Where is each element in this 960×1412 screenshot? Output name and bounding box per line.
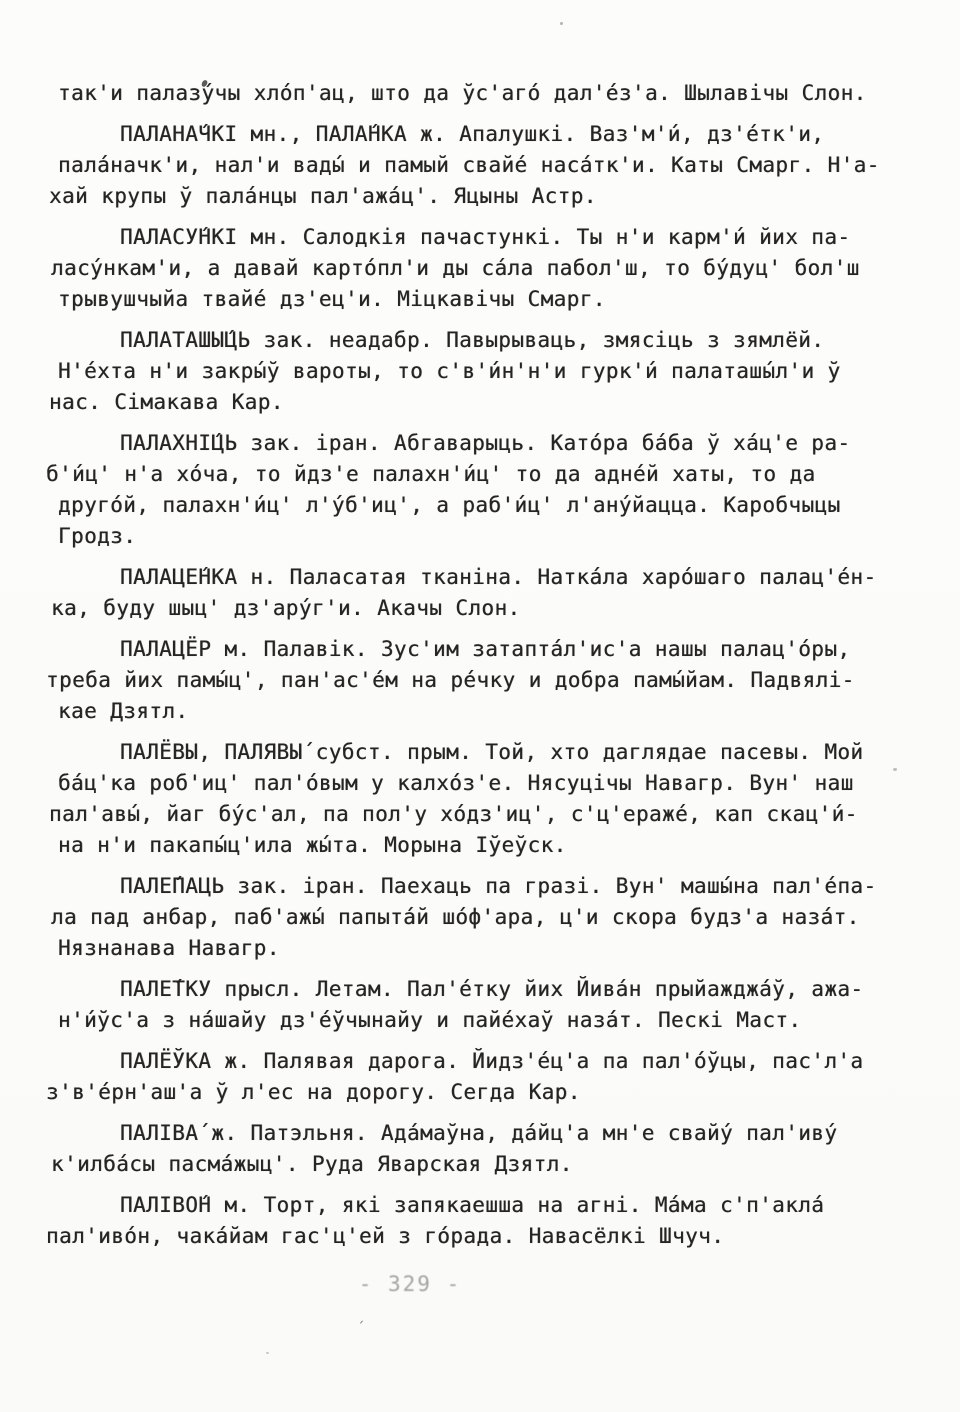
text-line: нас. Сімакава Кар. [49, 387, 910, 418]
text-line: так'и палазу́чы хло́п'ац, што да ўс'аго́… [58, 78, 910, 109]
text-line: ПАЛІВА́ ж. Патэльня. Ада́маўна, да́йц'а … [58, 1118, 910, 1149]
dictionary-entry: ПАЛЕ́ПАЦЬ зак. іран. Паехаць па гразі. В… [58, 871, 910, 964]
scanned-dictionary-page: так'и палазу́чы хло́п'ац, што да ўс'аго́… [0, 0, 960, 1412]
dictionary-entry: ПАЛАХНІ́ЦЬ зак. іран. Абгаварыць. Като́р… [58, 428, 910, 552]
ink-speck [560, 22, 563, 25]
text-line: трывушчыйа твайе́ дз'ец'и. Міцкавічы Сма… [58, 284, 910, 315]
text-line: ПАЛІВО́Н м. Торт, які запякаешша на агні… [58, 1190, 910, 1221]
text-line: пала́начк'и, нал'и вады́ и памый свайе́ … [58, 150, 910, 181]
text-line: ПАЛАЦЁР м. Палавік. Зус'им затапта́л'ис'… [58, 634, 910, 665]
text-line: к'илба́сы пасма́жыц'. Руда Яварская Дзят… [51, 1149, 910, 1180]
text-line: Н'е́хта н'и закры́ў вароты, то с'в'и́н'н… [58, 356, 910, 387]
dictionary-entry: ПАЛІВА́ ж. Патэльня. Ада́маўна, да́йц'а … [58, 1118, 910, 1180]
dictionary-entry: ПАЛАНА́ЧКІ мн., ПАЛА́НКА ж. Апалушкі. Ва… [58, 119, 910, 212]
stray-pen-mark: ˏ [357, 1305, 366, 1323]
text-block: так'и палазу́чы хло́п'ац, што да ўс'аго́… [58, 78, 910, 1252]
text-line: ба́ц'ка роб'иц' пал'о́вым у калхо́з'е. Н… [58, 768, 910, 799]
dictionary-entry: ПАЛАСУ́НКІ мн. Салодкія пачастункі. Ты н… [58, 222, 910, 315]
text-line: ПАЛАНА́ЧКІ мн., ПАЛА́НКА ж. Апалушкі. Ва… [58, 119, 910, 150]
ink-speck [266, 1352, 269, 1354]
page-number: - 329 - [0, 1272, 820, 1296]
dictionary-entry: ПАЛІВО́Н м. Торт, які запякаешша на агні… [58, 1190, 910, 1252]
text-line: ПАЛЕ́ПАЦЬ зак. іран. Паехаць па гразі. В… [58, 871, 910, 902]
text-line: Нязнанава Навагр. [58, 933, 910, 964]
dictionary-entry: ПАЛАТАШЫ́ЦЬ зак. неадабр. Павырываць, зм… [58, 325, 910, 418]
dictionary-entry: ПАЛЕ́ТКУ прысл. Летам. Пал'е́тку йих Йив… [58, 974, 910, 1036]
text-line: пал'авы́, йаг бу́с'ал, па пол'у хо́дз'иц… [49, 799, 910, 830]
text-line: ПАЛАСУ́НКІ мн. Салодкія пачастункі. Ты н… [58, 222, 910, 253]
text-line: ПАЛЕ́ТКУ прысл. Летам. Пал'е́тку йих Йив… [58, 974, 910, 1005]
text-line: треба йих памы́ц', пан'ас'е́м на ре́чку … [46, 665, 910, 696]
text-line: хай крупы ў пала́нцы пал'ажа́ц'. Яцыны А… [49, 181, 910, 212]
text-line: ПАЛАХНІ́ЦЬ зак. іран. Абгаварыць. Като́р… [58, 428, 910, 459]
text-line: ПАЛАТАШЫ́ЦЬ зак. неадабр. Павырываць, зм… [58, 325, 910, 356]
continuation-paragraph: так'и палазу́чы хло́п'ац, што да ўс'аго́… [58, 78, 910, 109]
text-line: друго́й, палахн'и́ц' л'у́б'иц', а раб'и́… [58, 490, 910, 521]
text-line: пал'иво́н, чака́йам гас'ц'ей з го́рада. … [46, 1221, 910, 1252]
text-line: ПАЛЁВЫ, ПАЛЯВЫ́ субст. прым. Той, хто да… [58, 737, 910, 768]
text-line: Гродз. [58, 521, 910, 552]
text-line: ка, буду шыц' дз'ару́г'и. Акачы Слон. [51, 593, 910, 624]
text-line: ла пад анбар, паб'ажы́ папыта́й шо́ф'ара… [51, 902, 910, 933]
text-line: на н'и пакапы́ц'ила жы́та. Морына Іўеўск… [58, 830, 910, 861]
text-line: ласу́нкам'и, а давай карто́пл'и ды са́ла… [51, 253, 910, 284]
text-line: ПАЛАЦЕ́НКА н. Паласатая тканіна. Натка́л… [58, 562, 910, 593]
dictionary-entry: ПАЛАЦЕ́НКА н. Паласатая тканіна. Натка́л… [58, 562, 910, 624]
text-line: ПАЛЁЎКА ж. Палявая дарога. Йидз'е́ц'а па… [58, 1046, 910, 1077]
dictionary-entry: ПАЛЁЎКА ж. Палявая дарога. Йидз'е́ц'а па… [58, 1046, 910, 1108]
dictionary-entry: ПАЛАЦЁР м. Палавік. Зус'им затапта́л'ис'… [58, 634, 910, 727]
text-line: з'в'е́рн'аш'а ў л'ес на дорогу. Сегда Ка… [46, 1077, 910, 1108]
text-line: кае Дзятл. [58, 696, 910, 727]
text-line: б'и́ц' н'а хо́ча, то йдз'е палахн'и́ц' т… [46, 459, 910, 490]
text-line: н'и́ўс'а з на́шайу дз'е́ўчынайу и пайе́х… [58, 1005, 910, 1036]
dictionary-entry: ПАЛЁВЫ, ПАЛЯВЫ́ субст. прым. Той, хто да… [58, 737, 910, 861]
